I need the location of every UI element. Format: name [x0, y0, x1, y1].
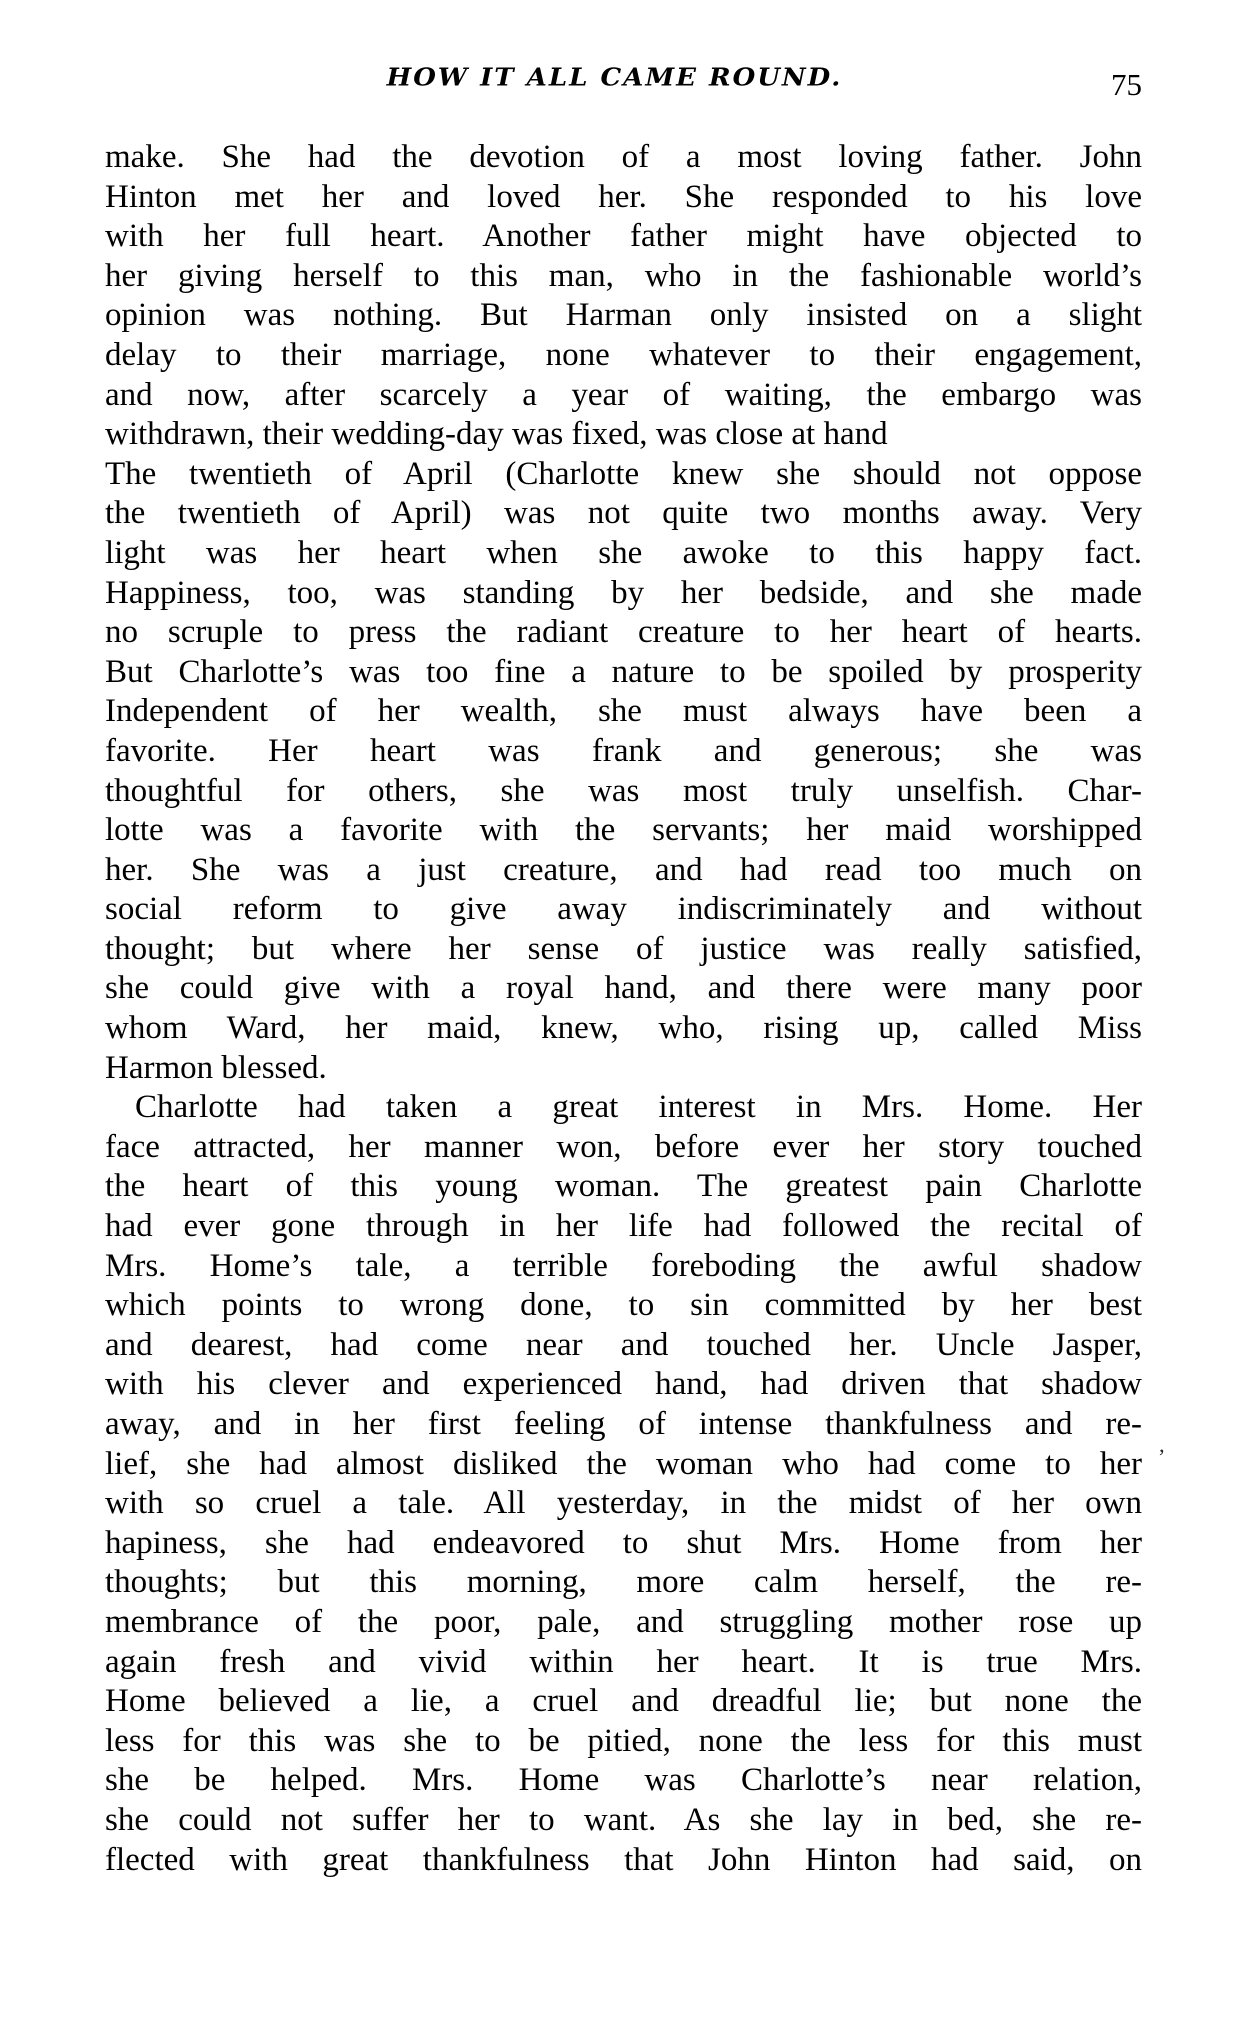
text-line: Hinton met her and loved her. She respon… [105, 178, 1142, 218]
text-line: membrance of the poor, pale, and struggl… [105, 1603, 1142, 1643]
text-line: thoughts; but this morning, more calm he… [105, 1563, 1142, 1603]
text-line: make. She had the devotion of a most lov… [105, 138, 1142, 178]
text-line: she could give with a royal hand, and th… [105, 969, 1142, 1009]
text-line: the twentieth of April) was not quite tw… [105, 494, 1142, 534]
text-line: and now, after scarcely a year of waitin… [105, 376, 1142, 416]
text-line: whom Ward, her maid, knew, who, rising u… [105, 1009, 1142, 1049]
text-line: withdrawn, their wedding-day was fixed, … [105, 415, 1142, 455]
text-line: delay to their marriage, none whatever t… [105, 336, 1142, 376]
text-line: flected with great thankfulness that Joh… [105, 1841, 1142, 1881]
text-line: But Charlotte’s was too fine a nature to… [105, 653, 1142, 693]
text-line: The twentieth of April (Charlotte knew s… [105, 455, 1142, 495]
text-line: she be helped. Mrs. Home was Charlotte’s… [105, 1761, 1142, 1801]
text-line: Charlotte had taken a great interest in … [105, 1088, 1142, 1128]
text-line: she could not suffer her to want. As she… [105, 1801, 1142, 1841]
page-number: 75 [1098, 68, 1142, 102]
running-title: HOW IT ALL CAME ROUND. [387, 63, 843, 93]
text-line: thought; but where her sense of justice … [105, 930, 1142, 970]
text-line: Home believed a lie, a cruel and dreadfu… [105, 1682, 1142, 1722]
text-line: Happiness, too, was standing by her beds… [105, 574, 1142, 614]
paragraph-2: Charlotte had taken a great interest in … [105, 1088, 1142, 1880]
text-line: Mrs. Home’s tale, a terrible foreboding … [105, 1247, 1142, 1287]
text-line: again fresh and vivid within her heart. … [105, 1643, 1142, 1683]
text-line: hapiness, she had endeavored to shut Mrs… [105, 1524, 1142, 1564]
text-line: lief, she had almost disliked the woman … [105, 1445, 1142, 1485]
text-line: light was her heart when she awoke to th… [105, 534, 1142, 574]
text-line: lotte was a favorite with the servants; … [105, 811, 1142, 851]
paragraph-1: make. She had the devotion of a most lov… [105, 138, 1142, 1088]
book-page: HOW IT ALL CAME ROUND. 75 make. She had … [0, 0, 1239, 2030]
text-line: face attracted, her manner won, before e… [105, 1128, 1142, 1168]
text-line: social reform to give away indiscriminat… [105, 890, 1142, 930]
text-line: favorite. Her heart was frank and genero… [105, 732, 1142, 772]
text-line: Independent of her wealth, she must alwa… [105, 692, 1142, 732]
text-line: the heart of this young woman. The great… [105, 1167, 1142, 1207]
text-line: less for this was she to be pitied, none… [105, 1722, 1142, 1762]
text-line: with his clever and experienced hand, ha… [105, 1365, 1142, 1405]
text-line: which points to wrong done, to sin commi… [105, 1286, 1142, 1326]
text-line: thoughtful for others, she was most trul… [105, 772, 1142, 812]
text-line: with her full heart. Another father migh… [105, 217, 1142, 257]
text-line: Harmon blessed. [105, 1049, 1142, 1089]
text-line: her giving herself to this man, who in t… [105, 257, 1142, 297]
text-line: opinion was nothing. But Harman only ins… [105, 296, 1142, 336]
text-line: with so cruel a tale. All yesterday, in … [105, 1484, 1142, 1524]
text-line: away, and in her first feeling of intens… [105, 1405, 1142, 1445]
margin-mark: ‚ [1158, 1432, 1165, 1458]
text-line: and dearest, had come near and touched h… [105, 1326, 1142, 1366]
text-line: her. She was a just creature, and had re… [105, 851, 1142, 891]
text-line: had ever gone through in her life had fo… [105, 1207, 1142, 1247]
body-text: make. She had the devotion of a most lov… [105, 138, 1142, 1880]
text-line: no scruple to press the radiant creature… [105, 613, 1142, 653]
running-head: HOW IT ALL CAME ROUND. [0, 62, 1239, 94]
